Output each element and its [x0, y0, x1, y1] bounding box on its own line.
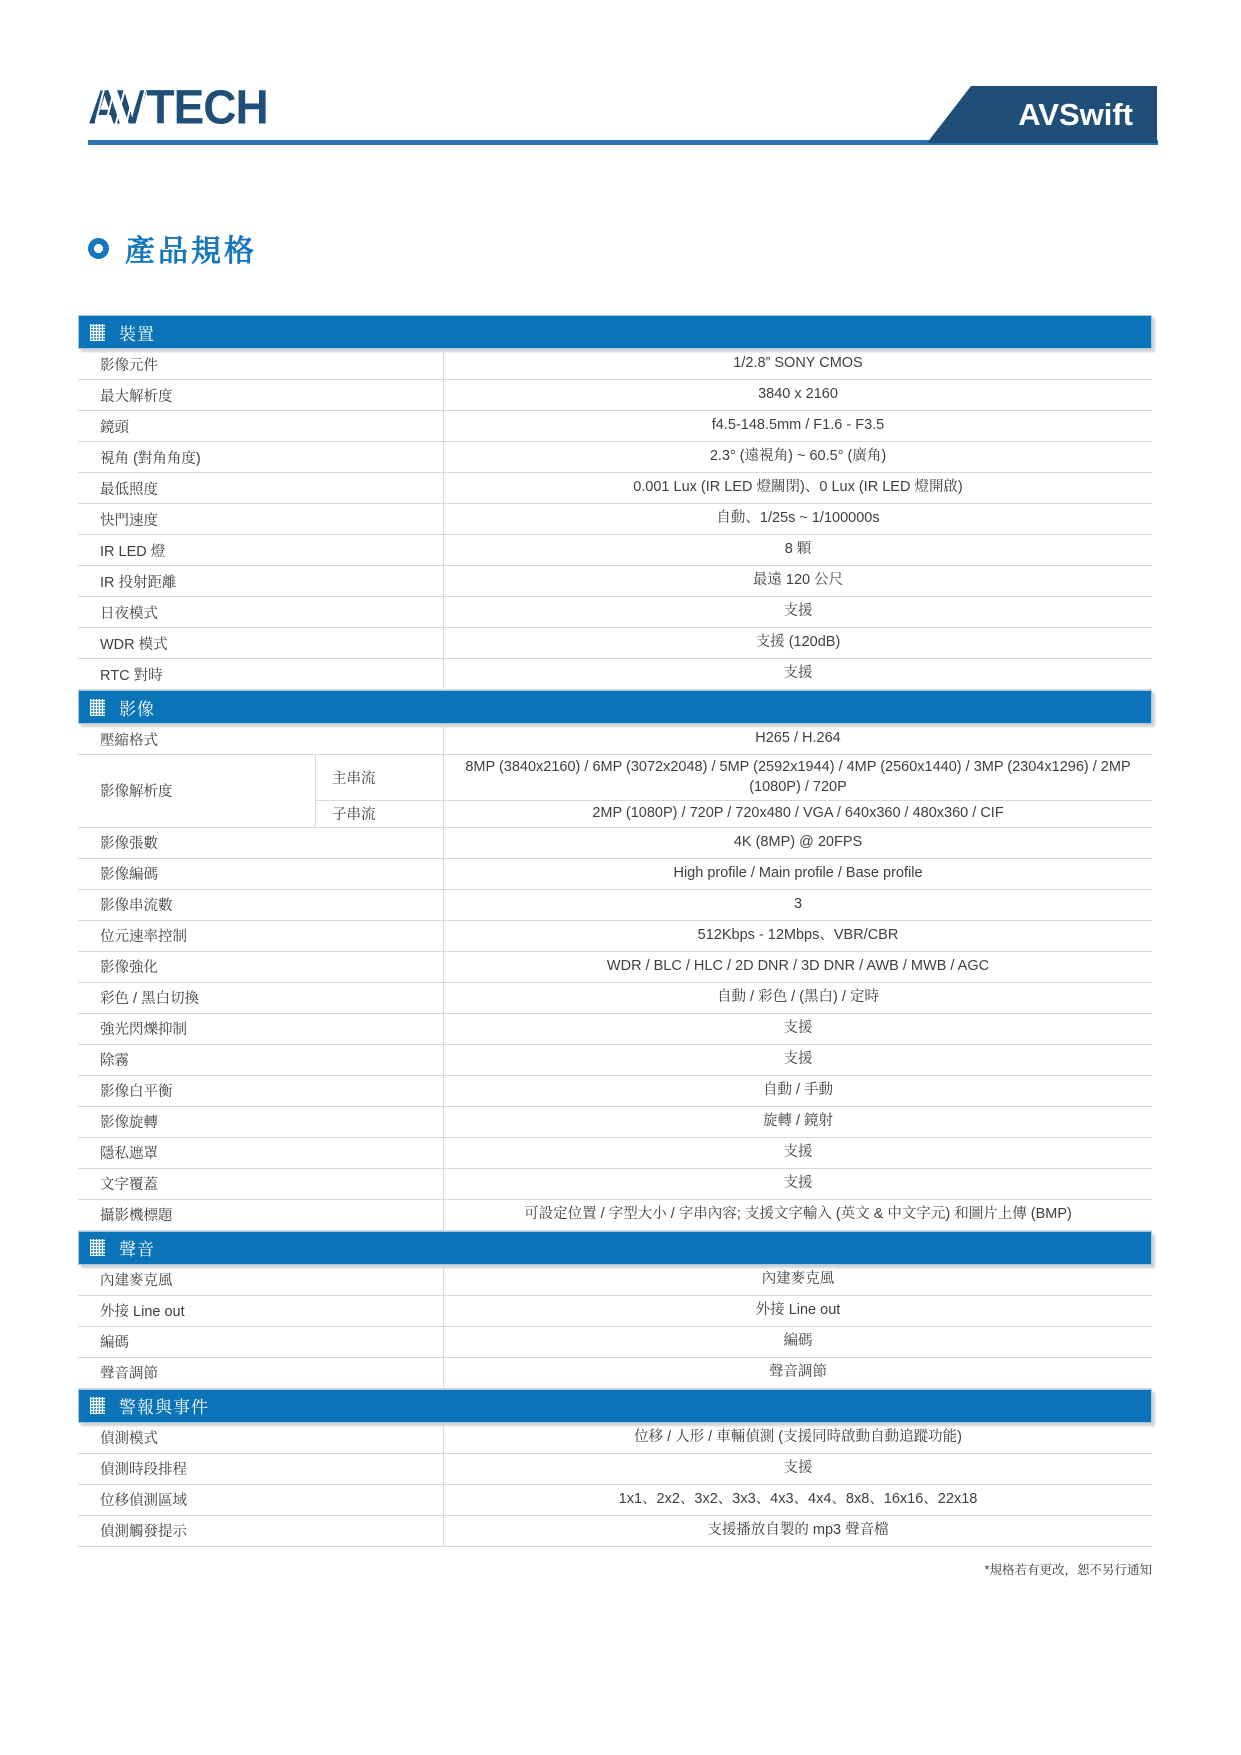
spec-label: 影像白平衡 [78, 1076, 443, 1106]
spec-label: 最低照度 [78, 473, 443, 503]
spec-label: 影像解析度 [78, 755, 315, 827]
spec-sheet-page: AVTECH AVSwift 產品規格 裝置影像元件1/2.8” SONY CM… [0, 0, 1241, 1755]
spec-row: 影像解析度主串流8MP (3840x2160) / 6MP (3072x2048… [78, 755, 1152, 828]
section-rows: 壓縮格式H265 / H.264影像解析度主串流8MP (3840x2160) … [78, 724, 1152, 1231]
spec-value: 2MP (1080P) / 720P / 720x480 / VGA / 640… [443, 801, 1152, 827]
spec-value: 自動、1/25s ~ 1/100000s [443, 504, 1152, 534]
spec-row: 影像串流數3 [78, 890, 1152, 921]
pattern-square-icon [90, 324, 105, 341]
spec-row: 外接 Line out外接 Line out [78, 1296, 1152, 1327]
spec-value: 支援 [443, 1014, 1152, 1044]
spec-value: 1/2.8” SONY CMOS [443, 349, 1152, 379]
spec-value: 支援 [443, 1138, 1152, 1168]
spec-row: 鏡頭f4.5-148.5mm / F1.6 - F3.5 [78, 411, 1152, 442]
spec-label: 內建麥克風 [78, 1265, 443, 1295]
spec-row: 快門速度自動、1/25s ~ 1/100000s [78, 504, 1152, 535]
spec-section: 影像壓縮格式H265 / H.264影像解析度主串流8MP (3840x2160… [78, 690, 1152, 1231]
spec-row: 聲音調節聲音調節 [78, 1358, 1152, 1389]
spec-section: 裝置影像元件1/2.8” SONY CMOS最大解析度3840 x 2160鏡頭… [78, 315, 1152, 690]
spec-label: 快門速度 [78, 504, 443, 534]
section-header: 影像 [78, 690, 1152, 724]
spec-row: 影像元件1/2.8” SONY CMOS [78, 349, 1152, 380]
spec-label: 影像元件 [78, 349, 443, 379]
avswift-logo-text: AVSwift [1018, 86, 1157, 143]
spec-row: 隱私遮罩支援 [78, 1138, 1152, 1169]
spec-value: 聲音調節 [443, 1358, 1152, 1388]
spec-value: High profile / Main profile / Base profi… [443, 859, 1152, 889]
pattern-square-icon [90, 1397, 105, 1414]
spec-value: 2.3° (遠視角) ~ 60.5° (廣角) [443, 442, 1152, 472]
spec-value: 自動 / 手動 [443, 1076, 1152, 1106]
pattern-square-icon [90, 699, 105, 716]
spec-row: 偵測時段排程支援 [78, 1454, 1152, 1485]
spec-row: 影像白平衡自動 / 手動 [78, 1076, 1152, 1107]
spec-value: 8 顆 [443, 535, 1152, 565]
spec-row: 偵測觸發提示支援播放自製的 mp3 聲音檔 [78, 1516, 1152, 1547]
spec-value: 最遠 120 公尺 [443, 566, 1152, 596]
spec-label: 強光閃爍抑制 [78, 1014, 443, 1044]
spec-value: 自動 / 彩色 / (黑白) / 定時 [443, 983, 1152, 1013]
spec-label: 偵測觸發提示 [78, 1516, 443, 1546]
spec-row: 攝影機標題可設定位置 / 字型大小 / 字串內容; 支援文字輸入 (英文 & 中… [78, 1200, 1152, 1231]
spec-value: 1x1、2x2、3x2、3x3、4x3、4x4、8x8、16x16、22x18 [443, 1485, 1152, 1515]
spec-row: 影像張數4K (8MP) @ 20FPS [78, 828, 1152, 859]
spec-row: 日夜模式支援 [78, 597, 1152, 628]
spec-value: 支援 [443, 1454, 1152, 1484]
spec-value: H265 / H.264 [443, 724, 1152, 754]
stream-row: 主串流8MP (3840x2160) / 6MP (3072x2048) / 5… [315, 755, 1152, 801]
spec-label: 壓縮格式 [78, 724, 443, 754]
page-title-row: 產品規格 [88, 226, 257, 270]
spec-label: 攝影機標題 [78, 1200, 443, 1230]
spec-table: 裝置影像元件1/2.8” SONY CMOS最大解析度3840 x 2160鏡頭… [78, 315, 1152, 1547]
spec-value: 支援 [443, 597, 1152, 627]
spec-label: 偵測模式 [78, 1423, 443, 1453]
spec-value: 0.001 Lux (IR LED 燈關閉)、0 Lux (IR LED 燈開啟… [443, 473, 1152, 503]
spec-row: 影像旋轉旋轉 / 鏡射 [78, 1107, 1152, 1138]
avswift-banner: AVSwift [927, 86, 1157, 143]
spec-row: IR 投射距離最遠 120 公尺 [78, 566, 1152, 597]
spec-row: 視角 (對角角度)2.3° (遠視角) ~ 60.5° (廣角) [78, 442, 1152, 473]
spec-row: IR LED 燈8 顆 [78, 535, 1152, 566]
section-header: 裝置 [78, 315, 1152, 349]
spec-label: 影像串流數 [78, 890, 443, 920]
section-header: 聲音 [78, 1231, 1152, 1265]
spec-value: WDR / BLC / HLC / 2D DNR / 3D DNR / AWB … [443, 952, 1152, 982]
spec-label: RTC 對時 [78, 659, 443, 689]
spec-row: 最大解析度3840 x 2160 [78, 380, 1152, 411]
spec-value: 8MP (3840x2160) / 6MP (3072x2048) / 5MP … [443, 755, 1152, 800]
spec-value: 旋轉 / 鏡射 [443, 1107, 1152, 1137]
spec-row: WDR 模式支援 (120dB) [78, 628, 1152, 659]
pattern-square-icon [90, 1239, 105, 1256]
footer-note: *規格若有更改，恕不另行通知 [78, 1560, 1152, 1578]
spec-value: 位移 / 人形 / 車輛偵測 (支援同時啟動自動追蹤功能) [443, 1423, 1152, 1453]
spec-row: 編碼編碼 [78, 1327, 1152, 1358]
spec-row: 位移偵測區域1x1、2x2、3x2、3x3、4x3、4x4、8x8、16x16、… [78, 1485, 1152, 1516]
spec-label: 影像張數 [78, 828, 443, 858]
section-title: 影像 [119, 695, 155, 720]
spec-label: 影像強化 [78, 952, 443, 982]
spec-label: 聲音調節 [78, 1358, 443, 1388]
spec-label: 偵測時段排程 [78, 1454, 443, 1484]
avtech-logo: AVTECH [88, 79, 268, 135]
spec-row: 內建麥克風內建麥克風 [78, 1265, 1152, 1296]
spec-value: 4K (8MP) @ 20FPS [443, 828, 1152, 858]
spec-row: 位元速率控制512Kbps - 12Mbps、VBR/CBR [78, 921, 1152, 952]
spec-row: 影像強化WDR / BLC / HLC / 2D DNR / 3D DNR / … [78, 952, 1152, 983]
bullet-icon [88, 238, 109, 259]
section-rows: 偵測模式位移 / 人形 / 車輛偵測 (支援同時啟動自動追蹤功能)偵測時段排程支… [78, 1423, 1152, 1547]
spec-label: 鏡頭 [78, 411, 443, 441]
spec-label: 影像編碼 [78, 859, 443, 889]
spec-value: 支援 (120dB) [443, 628, 1152, 658]
section-title: 裝置 [119, 320, 155, 345]
spec-label: 文字覆蓋 [78, 1169, 443, 1199]
section-rows: 影像元件1/2.8” SONY CMOS最大解析度3840 x 2160鏡頭f4… [78, 349, 1152, 690]
spec-label: 外接 Line out [78, 1296, 443, 1326]
spec-row: 除霧支援 [78, 1045, 1152, 1076]
spec-value: 外接 Line out [443, 1296, 1152, 1326]
spec-label: WDR 模式 [78, 628, 443, 658]
spec-row: 偵測模式位移 / 人形 / 車輛偵測 (支援同時啟動自動追蹤功能) [78, 1423, 1152, 1454]
stream-rows: 主串流8MP (3840x2160) / 6MP (3072x2048) / 5… [315, 755, 1152, 827]
spec-value: 512Kbps - 12Mbps、VBR/CBR [443, 921, 1152, 951]
spec-label: IR LED 燈 [78, 535, 443, 565]
spec-label: 視角 (對角角度) [78, 442, 443, 472]
spec-section: 警報與事件偵測模式位移 / 人形 / 車輛偵測 (支援同時啟動自動追蹤功能)偵測… [78, 1389, 1152, 1547]
spec-value: 支援播放自製的 mp3 聲音檔 [443, 1516, 1152, 1546]
spec-label: 位元速率控制 [78, 921, 443, 951]
spec-label: 位移偵測區域 [78, 1485, 443, 1515]
spec-label: IR 投射距離 [78, 566, 443, 596]
stream-row: 子串流2MP (1080P) / 720P / 720x480 / VGA / … [315, 801, 1152, 827]
spec-label: 隱私遮罩 [78, 1138, 443, 1168]
spec-section: 聲音內建麥克風內建麥克風外接 Line out外接 Line out編碼編碼聲音… [78, 1231, 1152, 1389]
spec-row: 文字覆蓋支援 [78, 1169, 1152, 1200]
spec-value: 可設定位置 / 字型大小 / 字串內容; 支援文字輸入 (英文 & 中文字元) … [443, 1200, 1152, 1230]
section-title: 警報與事件 [119, 1393, 209, 1418]
stream-type-label: 子串流 [315, 801, 443, 827]
spec-label: 日夜模式 [78, 597, 443, 627]
page-title: 產品規格 [125, 226, 257, 270]
section-title: 聲音 [119, 1235, 155, 1260]
spec-row: 強光閃爍抑制支援 [78, 1014, 1152, 1045]
spec-label: 除霧 [78, 1045, 443, 1075]
spec-value: 內建麥克風 [443, 1265, 1152, 1295]
spec-label: 影像旋轉 [78, 1107, 443, 1137]
spec-value: 支援 [443, 1045, 1152, 1075]
spec-row: 彩色 / 黑白切換自動 / 彩色 / (黑白) / 定時 [78, 983, 1152, 1014]
spec-value: f4.5-148.5mm / F1.6 - F3.5 [443, 411, 1152, 441]
section-rows: 內建麥克風內建麥克風外接 Line out外接 Line out編碼編碼聲音調節… [78, 1265, 1152, 1389]
spec-value: 3840 x 2160 [443, 380, 1152, 410]
spec-label: 最大解析度 [78, 380, 443, 410]
spec-row: 影像編碼High profile / Main profile / Base p… [78, 859, 1152, 890]
spec-value: 支援 [443, 659, 1152, 689]
spec-value: 支援 [443, 1169, 1152, 1199]
spec-label: 編碼 [78, 1327, 443, 1357]
spec-row: 最低照度0.001 Lux (IR LED 燈關閉)、0 Lux (IR LED… [78, 473, 1152, 504]
spec-row: RTC 對時支援 [78, 659, 1152, 690]
spec-row: 壓縮格式H265 / H.264 [78, 724, 1152, 755]
spec-value: 編碼 [443, 1327, 1152, 1357]
content: 裝置影像元件1/2.8” SONY CMOS最大解析度3840 x 2160鏡頭… [78, 315, 1152, 1578]
stream-type-label: 主串流 [315, 755, 443, 800]
spec-label: 彩色 / 黑白切換 [78, 983, 443, 1013]
spec-value: 3 [443, 890, 1152, 920]
section-header: 警報與事件 [78, 1389, 1152, 1423]
